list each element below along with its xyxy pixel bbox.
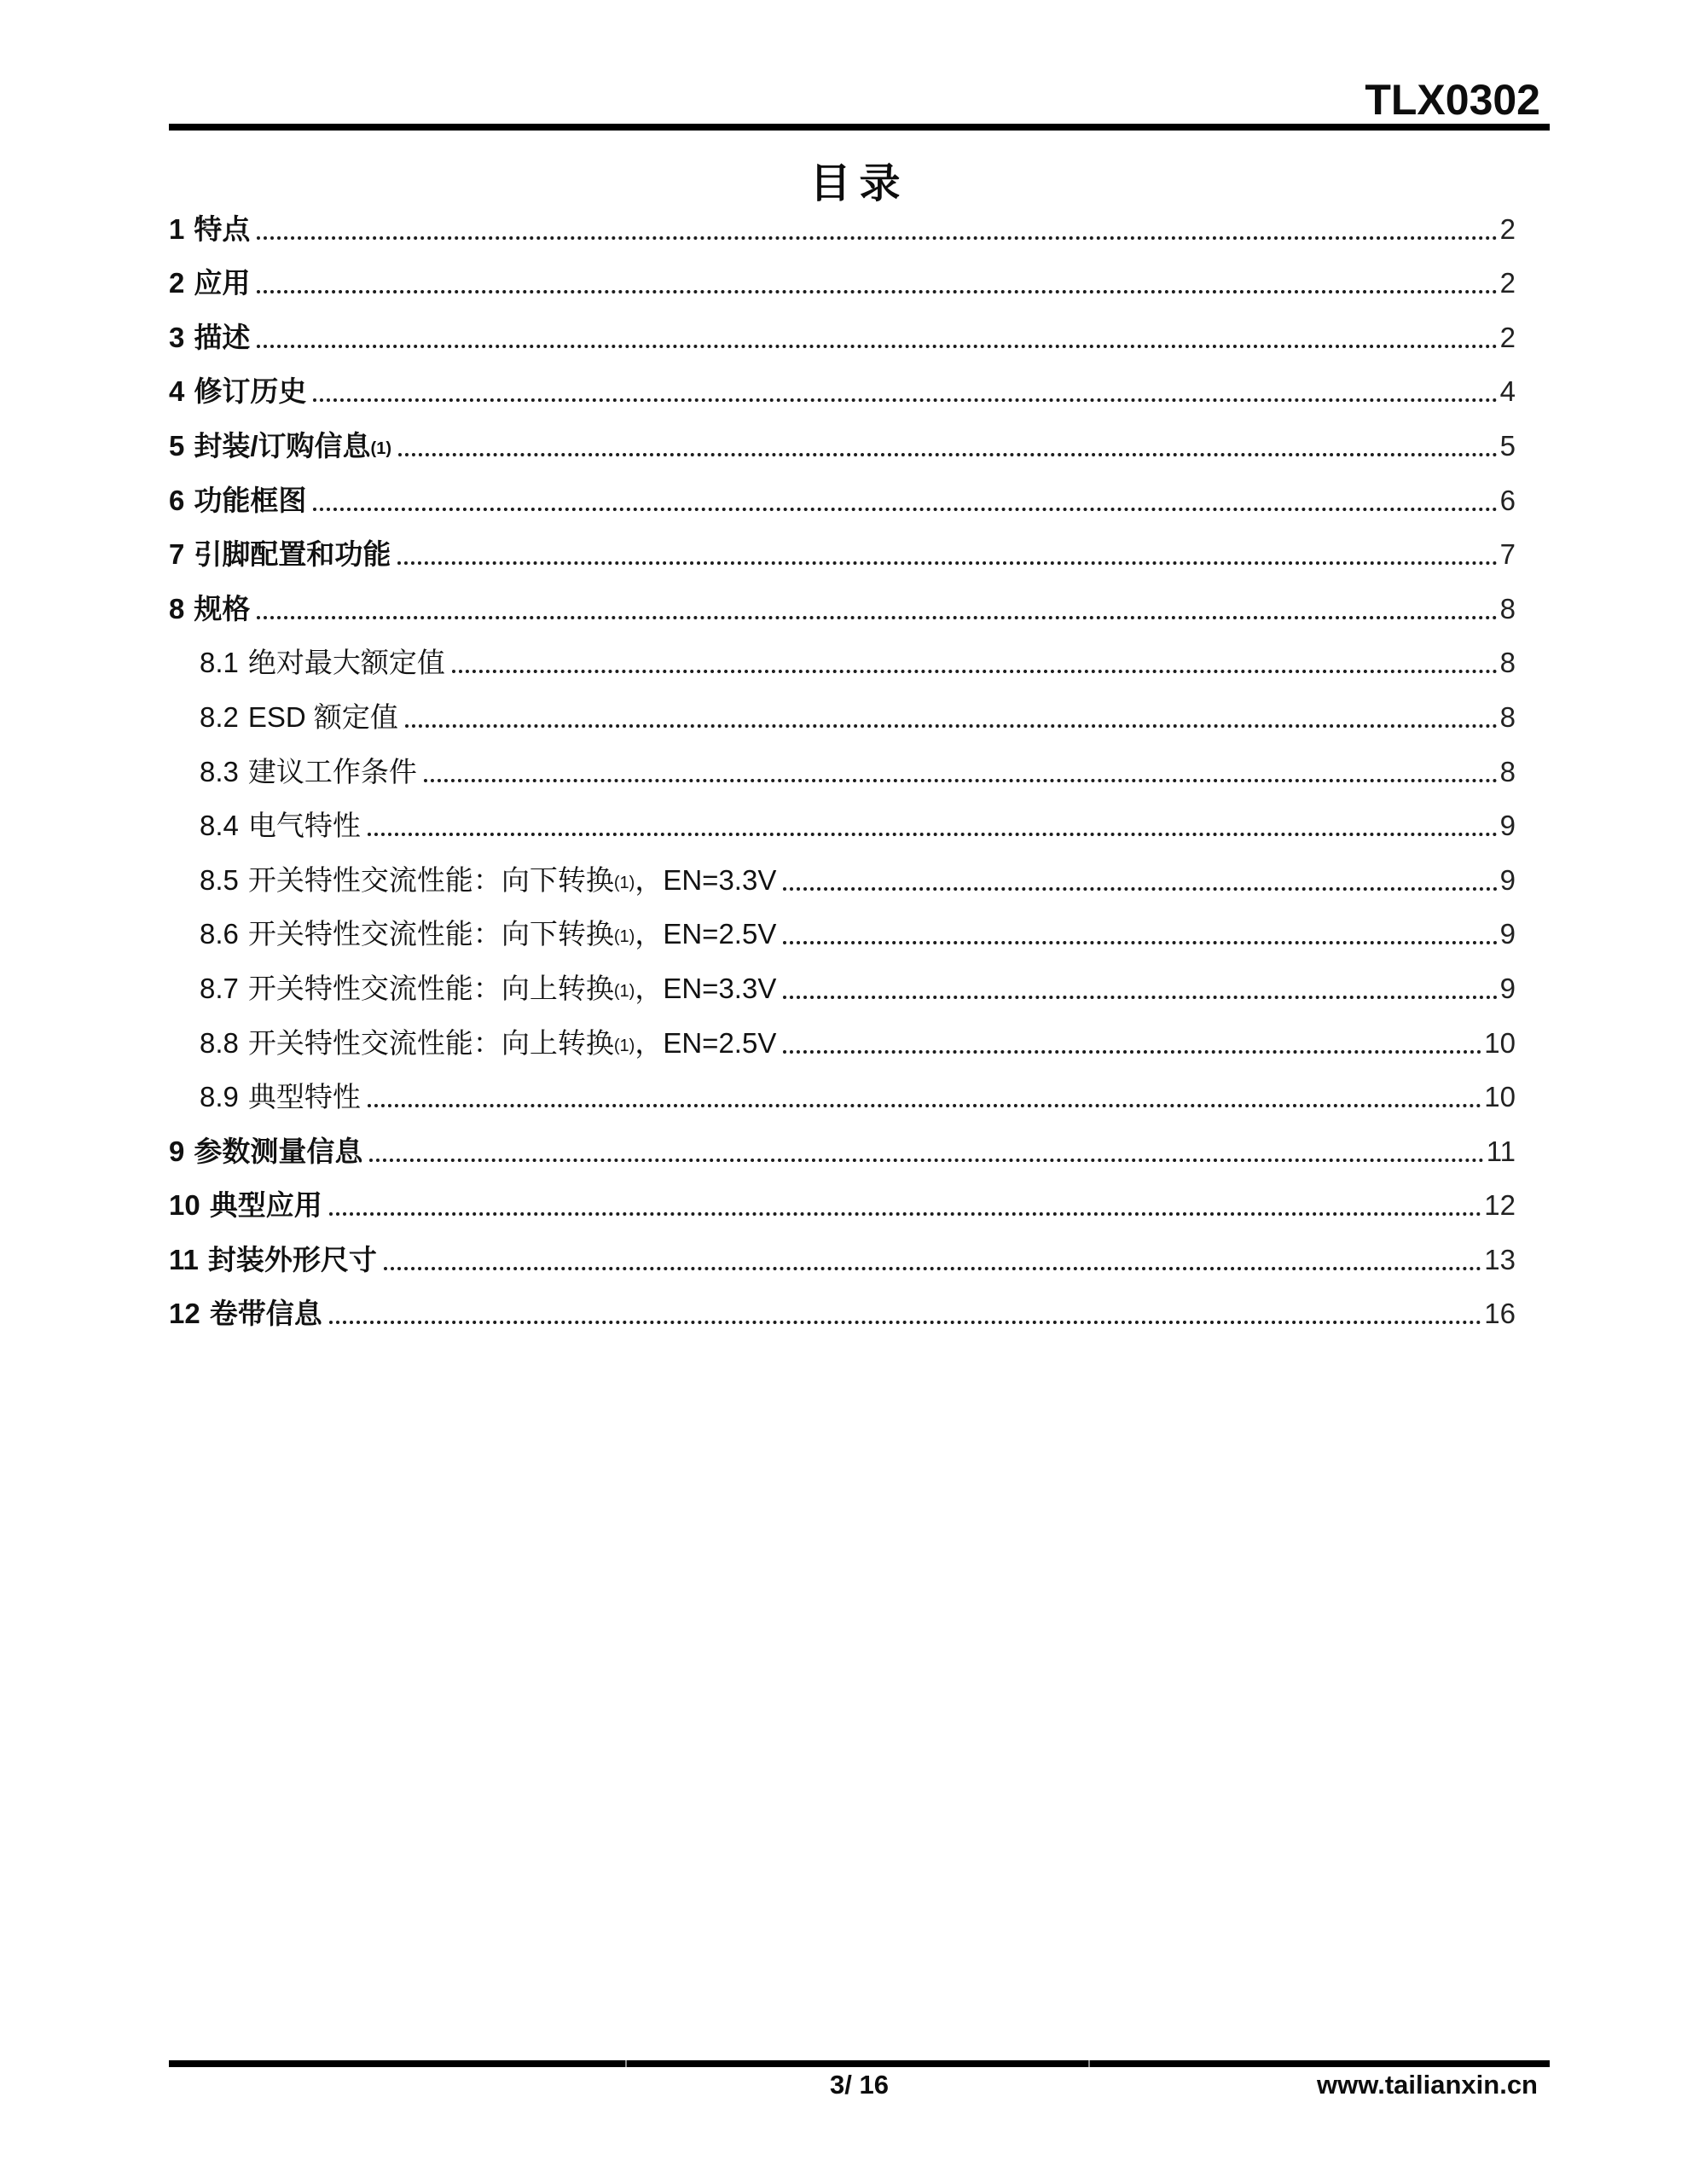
toc-entry-label: 开关特性交流性能：向上转换 (248, 974, 614, 1002)
toc-entry[interactable]: 8规格 8 (169, 578, 1516, 632)
toc-page-number: 9 (1500, 920, 1516, 948)
toc-page-number: 12 (1484, 1191, 1516, 1219)
toc-entry-label: 特点 (194, 215, 250, 243)
toc-entry-number: 12 (169, 1299, 200, 1327)
toc-dotted-leader (368, 1104, 1481, 1107)
toc-entry-number: 8.2 (200, 703, 239, 731)
toc-entry-number: 11 (169, 1246, 199, 1274)
toc-entry[interactable]: 8.2ESD 额定值 8 (169, 686, 1516, 741)
toc-entry-label: 卷带信息 (210, 1299, 322, 1327)
toc-dotted-leader (313, 398, 1497, 402)
toc-page-number: 10 (1484, 1029, 1516, 1057)
toc-entry-label: 电气特性 (248, 811, 361, 839)
toc-entry[interactable]: 1特点 2 (169, 198, 1516, 253)
toc-page-number: 8 (1500, 595, 1516, 623)
toc-entry[interactable]: 9参数测量信息 11 (169, 1120, 1516, 1175)
toc-entry-label: 绝对最大额定值 (248, 648, 445, 677)
toc-entry-number: 8.7 (200, 974, 239, 1002)
toc-entry-number: 8.6 (200, 920, 239, 948)
toc-entry[interactable]: 8.1绝对最大额定值 8 (169, 632, 1516, 687)
toc-dotted-leader (257, 616, 1497, 619)
toc-entry-suffix: ，EN=2.5V (635, 920, 776, 948)
toc-page-number: 2 (1500, 269, 1516, 297)
toc-entry-number: 6 (169, 486, 184, 514)
toc-dotted-leader (397, 561, 1497, 565)
toc-entry[interactable]: 8.7开关特性交流性能：向上转换(1)，EN=3.3V 9 (169, 957, 1516, 1012)
toc-page-number: 5 (1500, 432, 1516, 460)
toc-entry[interactable]: 8.9典型特性 10 (169, 1066, 1516, 1121)
footer-website-link[interactable]: www.tailianxin.cn (1317, 2071, 1538, 2098)
toc-dotted-leader (783, 887, 1497, 891)
toc-dotted-leader (369, 1159, 1483, 1162)
toc-page-number: 2 (1500, 215, 1516, 243)
toc-page-number: 9 (1500, 974, 1516, 1002)
toc-entry[interactable]: 4修订历史 4 (169, 361, 1516, 415)
toc-page-number: 8 (1500, 648, 1516, 677)
toc-entry-suffix: ，EN=2.5V (635, 1029, 776, 1057)
toc-dotted-leader (783, 1050, 1481, 1054)
toc-entry-label: 封装外形尺寸 (208, 1246, 377, 1274)
toc-dotted-leader (783, 941, 1497, 944)
toc-entry-label: 参数测量信息 (194, 1137, 362, 1165)
toc-entry[interactable]: 8.6开关特性交流性能：向下转换(1)，EN=2.5V 9 (169, 903, 1516, 958)
toc-entry[interactable]: 7引脚配置和功能 7 (169, 524, 1516, 578)
datasheet-toc-page: TLX0302 目录 1特点 2 2应用 2 3描述 2 4修订历史 4 5封装… (0, 0, 1687, 2184)
toc-dotted-leader (368, 833, 1498, 836)
toc-entry-number: 9 (169, 1137, 184, 1165)
toc-entry-number: 8.1 (200, 648, 239, 677)
toc-dotted-leader (313, 508, 1497, 511)
toc-entry-number: 8.4 (200, 811, 239, 839)
toc-entry-label: 规格 (194, 595, 250, 623)
toc-entry-label: 开关特性交流性能：向上转换 (248, 1029, 614, 1057)
toc-page-number: 6 (1500, 486, 1516, 514)
toc-dotted-leader (783, 996, 1497, 999)
toc-page-number: 2 (1500, 323, 1516, 351)
toc-entry-number: 2 (169, 269, 184, 297)
toc-entry-number: 10 (169, 1191, 200, 1219)
toc-dotted-leader (257, 236, 1497, 240)
toc-entry-label: 引脚配置和功能 (194, 540, 391, 568)
toc-dotted-leader (257, 290, 1497, 293)
toc-entry-number: 4 (169, 377, 184, 405)
toc-dotted-leader (384, 1267, 1481, 1270)
toc-entry-label: 开关特性交流性能：向下转换 (248, 866, 614, 894)
toc-entry[interactable]: 10典型应用 12 (169, 1175, 1516, 1229)
toc-entry[interactable]: 12卷带信息 16 (169, 1283, 1516, 1338)
toc-entry-label: 应用 (194, 269, 250, 297)
toc-entry[interactable]: 11封装外形尺寸 13 (169, 1228, 1516, 1283)
toc-entry[interactable]: 6功能框图 6 (169, 469, 1516, 524)
toc-entry-label: 描述 (194, 323, 250, 351)
document-code: TLX0302 (1365, 78, 1540, 121)
toc-entry-number: 8.9 (200, 1083, 239, 1111)
toc-page-number: 13 (1484, 1246, 1516, 1274)
toc-entry-label: 修订历史 (194, 377, 306, 405)
toc-entry[interactable]: 8.5开关特性交流性能：向下转换(1)，EN=3.3V 9 (169, 849, 1516, 903)
toc-entry[interactable]: 2应用 2 (169, 253, 1516, 307)
toc-page-number: 9 (1500, 866, 1516, 894)
footer-rule (169, 2060, 1550, 2067)
toc-page-number: 10 (1484, 1083, 1516, 1111)
toc-entry[interactable]: 8.4电气特性 9 (169, 795, 1516, 850)
toc-entry-label: 建议工作条件 (248, 758, 417, 786)
toc-entry-number: 8.5 (200, 866, 239, 894)
toc-page-number: 8 (1500, 758, 1516, 786)
toc-entry-label: 典型特性 (248, 1083, 361, 1111)
toc-dotted-leader (257, 345, 1497, 348)
toc-entry[interactable]: 3描述 2 (169, 306, 1516, 361)
toc-page-number: 11 (1487, 1137, 1516, 1165)
toc-entry[interactable]: 8.3建议工作条件 8 (169, 741, 1516, 795)
toc-dotted-leader (452, 670, 1498, 673)
toc-entry-number: 8.8 (200, 1029, 239, 1057)
toc-page-number: 4 (1500, 377, 1516, 405)
toc-list: 1特点 2 2应用 2 3描述 2 4修订历史 4 5封装/订购信息(1) 5 … (169, 198, 1516, 1337)
toc-entry-label: 开关特性交流性能：向下转换 (248, 920, 614, 948)
toc-entry-suffix: ，EN=3.3V (635, 866, 776, 894)
toc-entry-number: 3 (169, 323, 184, 351)
toc-entry-number: 8.3 (200, 758, 239, 786)
toc-entry-label: 封装/订购信息 (194, 432, 370, 460)
toc-dotted-leader (424, 779, 1498, 782)
toc-entry-number: 7 (169, 540, 184, 568)
footer-rule-notch (625, 2060, 627, 2067)
toc-dotted-leader (405, 724, 1498, 728)
toc-entry-label: 典型应用 (210, 1191, 322, 1219)
toc-page-number: 9 (1500, 811, 1516, 839)
toc-entry[interactable]: 8.8开关特性交流性能：向上转换(1)，EN=2.5V 10 (169, 1012, 1516, 1066)
toc-entry[interactable]: 5封装/订购信息(1) 5 (169, 415, 1516, 469)
footer-rule-notch (1088, 2060, 1090, 2067)
toc-page-number: 8 (1500, 703, 1516, 731)
toc-dotted-leader (329, 1212, 1482, 1216)
toc-entry-number: 8 (169, 595, 184, 623)
toc-page-number: 16 (1484, 1299, 1516, 1327)
toc-entry-label: ESD 额定值 (248, 703, 398, 731)
toc-dotted-leader (329, 1321, 1482, 1324)
toc-entry-suffix: ，EN=3.3V (635, 974, 776, 1002)
toc-entry-number: 5 (169, 432, 184, 460)
toc-dotted-leader (398, 453, 1498, 456)
toc-entry-label: 功能框图 (194, 486, 306, 514)
toc-entry-number: 1 (169, 215, 184, 243)
header-rule (169, 124, 1550, 131)
toc-page-number: 7 (1500, 540, 1516, 568)
